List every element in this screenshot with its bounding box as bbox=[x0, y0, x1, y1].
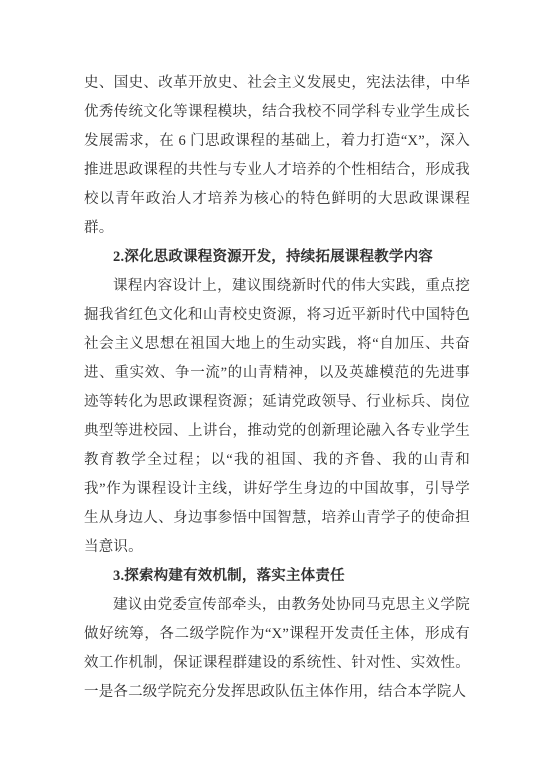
text-content: 史、国史、改革开放史、社会主义发展史，宪法法律，中华优秀传统文化等课程模块，结合… bbox=[84, 69, 470, 707]
section-heading: 3.探索构建有效机制，落实主体责任 bbox=[84, 562, 470, 591]
document-page: 史、国史、改革开放史、社会主义发展史，宪法法律，中华优秀传统文化等课程模块，结合… bbox=[0, 0, 554, 783]
paragraph: 建议由党委宣传部牵头，由教务处协同马克思主义学院做好统筹，各二级学院作为“X”课… bbox=[84, 591, 470, 707]
section-heading: 2.深化思政课程资源开发，持续拓展课程教学内容 bbox=[84, 243, 470, 272]
paragraph: 课程内容设计上，建议围绕新时代的伟大实践，重点挖掘我省红色文化和山青校史资源，将… bbox=[84, 272, 470, 562]
paragraph: 史、国史、改革开放史、社会主义发展史，宪法法律，中华优秀传统文化等课程模块，结合… bbox=[84, 69, 470, 243]
